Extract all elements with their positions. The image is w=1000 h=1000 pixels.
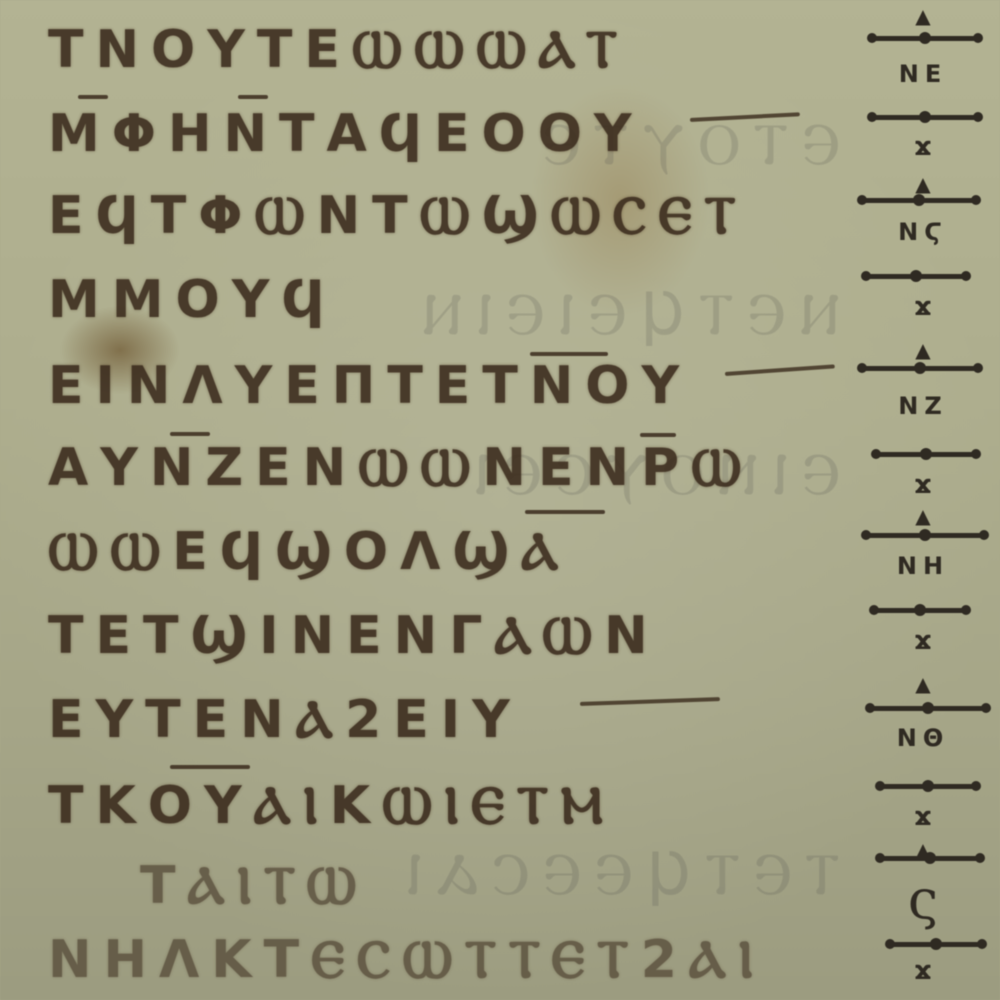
- overline-mark: [525, 510, 605, 514]
- separator-rule: [864, 533, 986, 538]
- text-line-11: ΤⲀⲒⲦⲰ: [140, 856, 368, 917]
- section-number-59: ΝΘ: [858, 724, 988, 752]
- section-number-55: ΝΕ: [858, 60, 988, 88]
- text-line-6: ΑΥΝΖΕΝⲰⲰΝΕΝΡⲰ: [48, 438, 753, 499]
- overline-mark: [170, 765, 250, 769]
- text-line-10: ΤΚΟΥⲀⲒΚⲰⲒⲈⲦⲘ: [48, 776, 615, 837]
- separator-cross-icon: ϫ: [858, 132, 988, 162]
- text-line-1: ΤΝΟΥΤΕⲰⲰⲰⲀⲦ: [48, 20, 629, 81]
- text-line-7: ⲰⲰΕϤϢΟΛϢⲀ: [48, 522, 571, 583]
- overline-mark: [238, 95, 268, 99]
- text-line-2: ΜΦΗΝΤΑϤΕΟΟΥ: [48, 104, 644, 164]
- manuscript-page: ⲈⲦⲞⲨⲦⲈ ⲚⲈⲦϤⲈⲒⲈⲒⲚ ⲈⲒⲚⲞⲨⲤⲈⲒ ⲦⲈⲦϤⲈⲈⲤⲀⲒ ΤΝΟΥ…: [0, 0, 1000, 1000]
- separator-cross-icon: ϫ: [858, 802, 988, 832]
- separator-rule: [874, 452, 978, 457]
- separator-rule: [870, 36, 980, 41]
- separator-rule: [864, 274, 968, 279]
- separator-cross-icon: ϫ: [858, 626, 988, 656]
- separator-cross-icon: ϫ: [858, 470, 988, 500]
- separator-rule: [888, 942, 984, 947]
- separator-rule: [870, 115, 980, 120]
- squiggle-mark: ς: [858, 868, 988, 931]
- caret-mark: ▲: [858, 672, 988, 696]
- separator-cross-icon: ϫ: [858, 956, 988, 986]
- section-number-56: ΝϚ: [858, 218, 988, 246]
- section-number-58: ΝΗ: [858, 552, 988, 580]
- text-line-8: ΤΕΤϢΙΝΕΝΓⲀⲰΝ: [48, 606, 660, 667]
- overline-mark: [78, 95, 108, 99]
- separator-rule: [872, 608, 968, 613]
- text-line-9: ΕΥΤΕΝⲀ2ΕΙΥ: [48, 690, 522, 751]
- caret-mark: ▲: [858, 504, 988, 528]
- line-end-flourish: [580, 697, 720, 706]
- separator-cross-icon: ϫ: [858, 292, 988, 322]
- caret-mark: ▲: [858, 172, 988, 196]
- text-line-3: ΕϤΤΦⲰΝΤⲰϢⲰⲤⲈⲦ: [48, 186, 748, 247]
- text-line-4: ΜΜΟΥϤ: [48, 270, 337, 330]
- separator-rule: [860, 366, 980, 371]
- caret-mark: ▲: [858, 4, 988, 28]
- overline-mark: [640, 433, 676, 437]
- section-number-57: ΝΖ: [858, 392, 988, 420]
- line-end-flourish: [725, 364, 835, 376]
- text-line-12: ΝΗΛΚΤⲈⲤⲰⲦⲦⲈⲦ2ⲀⲒ: [48, 930, 765, 991]
- separator-rule: [878, 856, 982, 861]
- separator-rule: [878, 784, 978, 789]
- margin-section-numbers: ▲ ΝΕ ϫ ▲ ΝϚ ϫ ▲ ΝΖ ϫ ▲ ΝΗ ϫ ▲ ΝΘ ϫ ▲ ς ϫ: [858, 0, 988, 1000]
- caret-mark: ▲: [858, 338, 988, 362]
- separator-rule: [860, 198, 978, 203]
- text-line-5: ΕΙΝΛΥΕΠΤΕΤΝΟΥ: [48, 356, 691, 416]
- overline-mark: [170, 432, 210, 436]
- separator-rule: [868, 706, 988, 711]
